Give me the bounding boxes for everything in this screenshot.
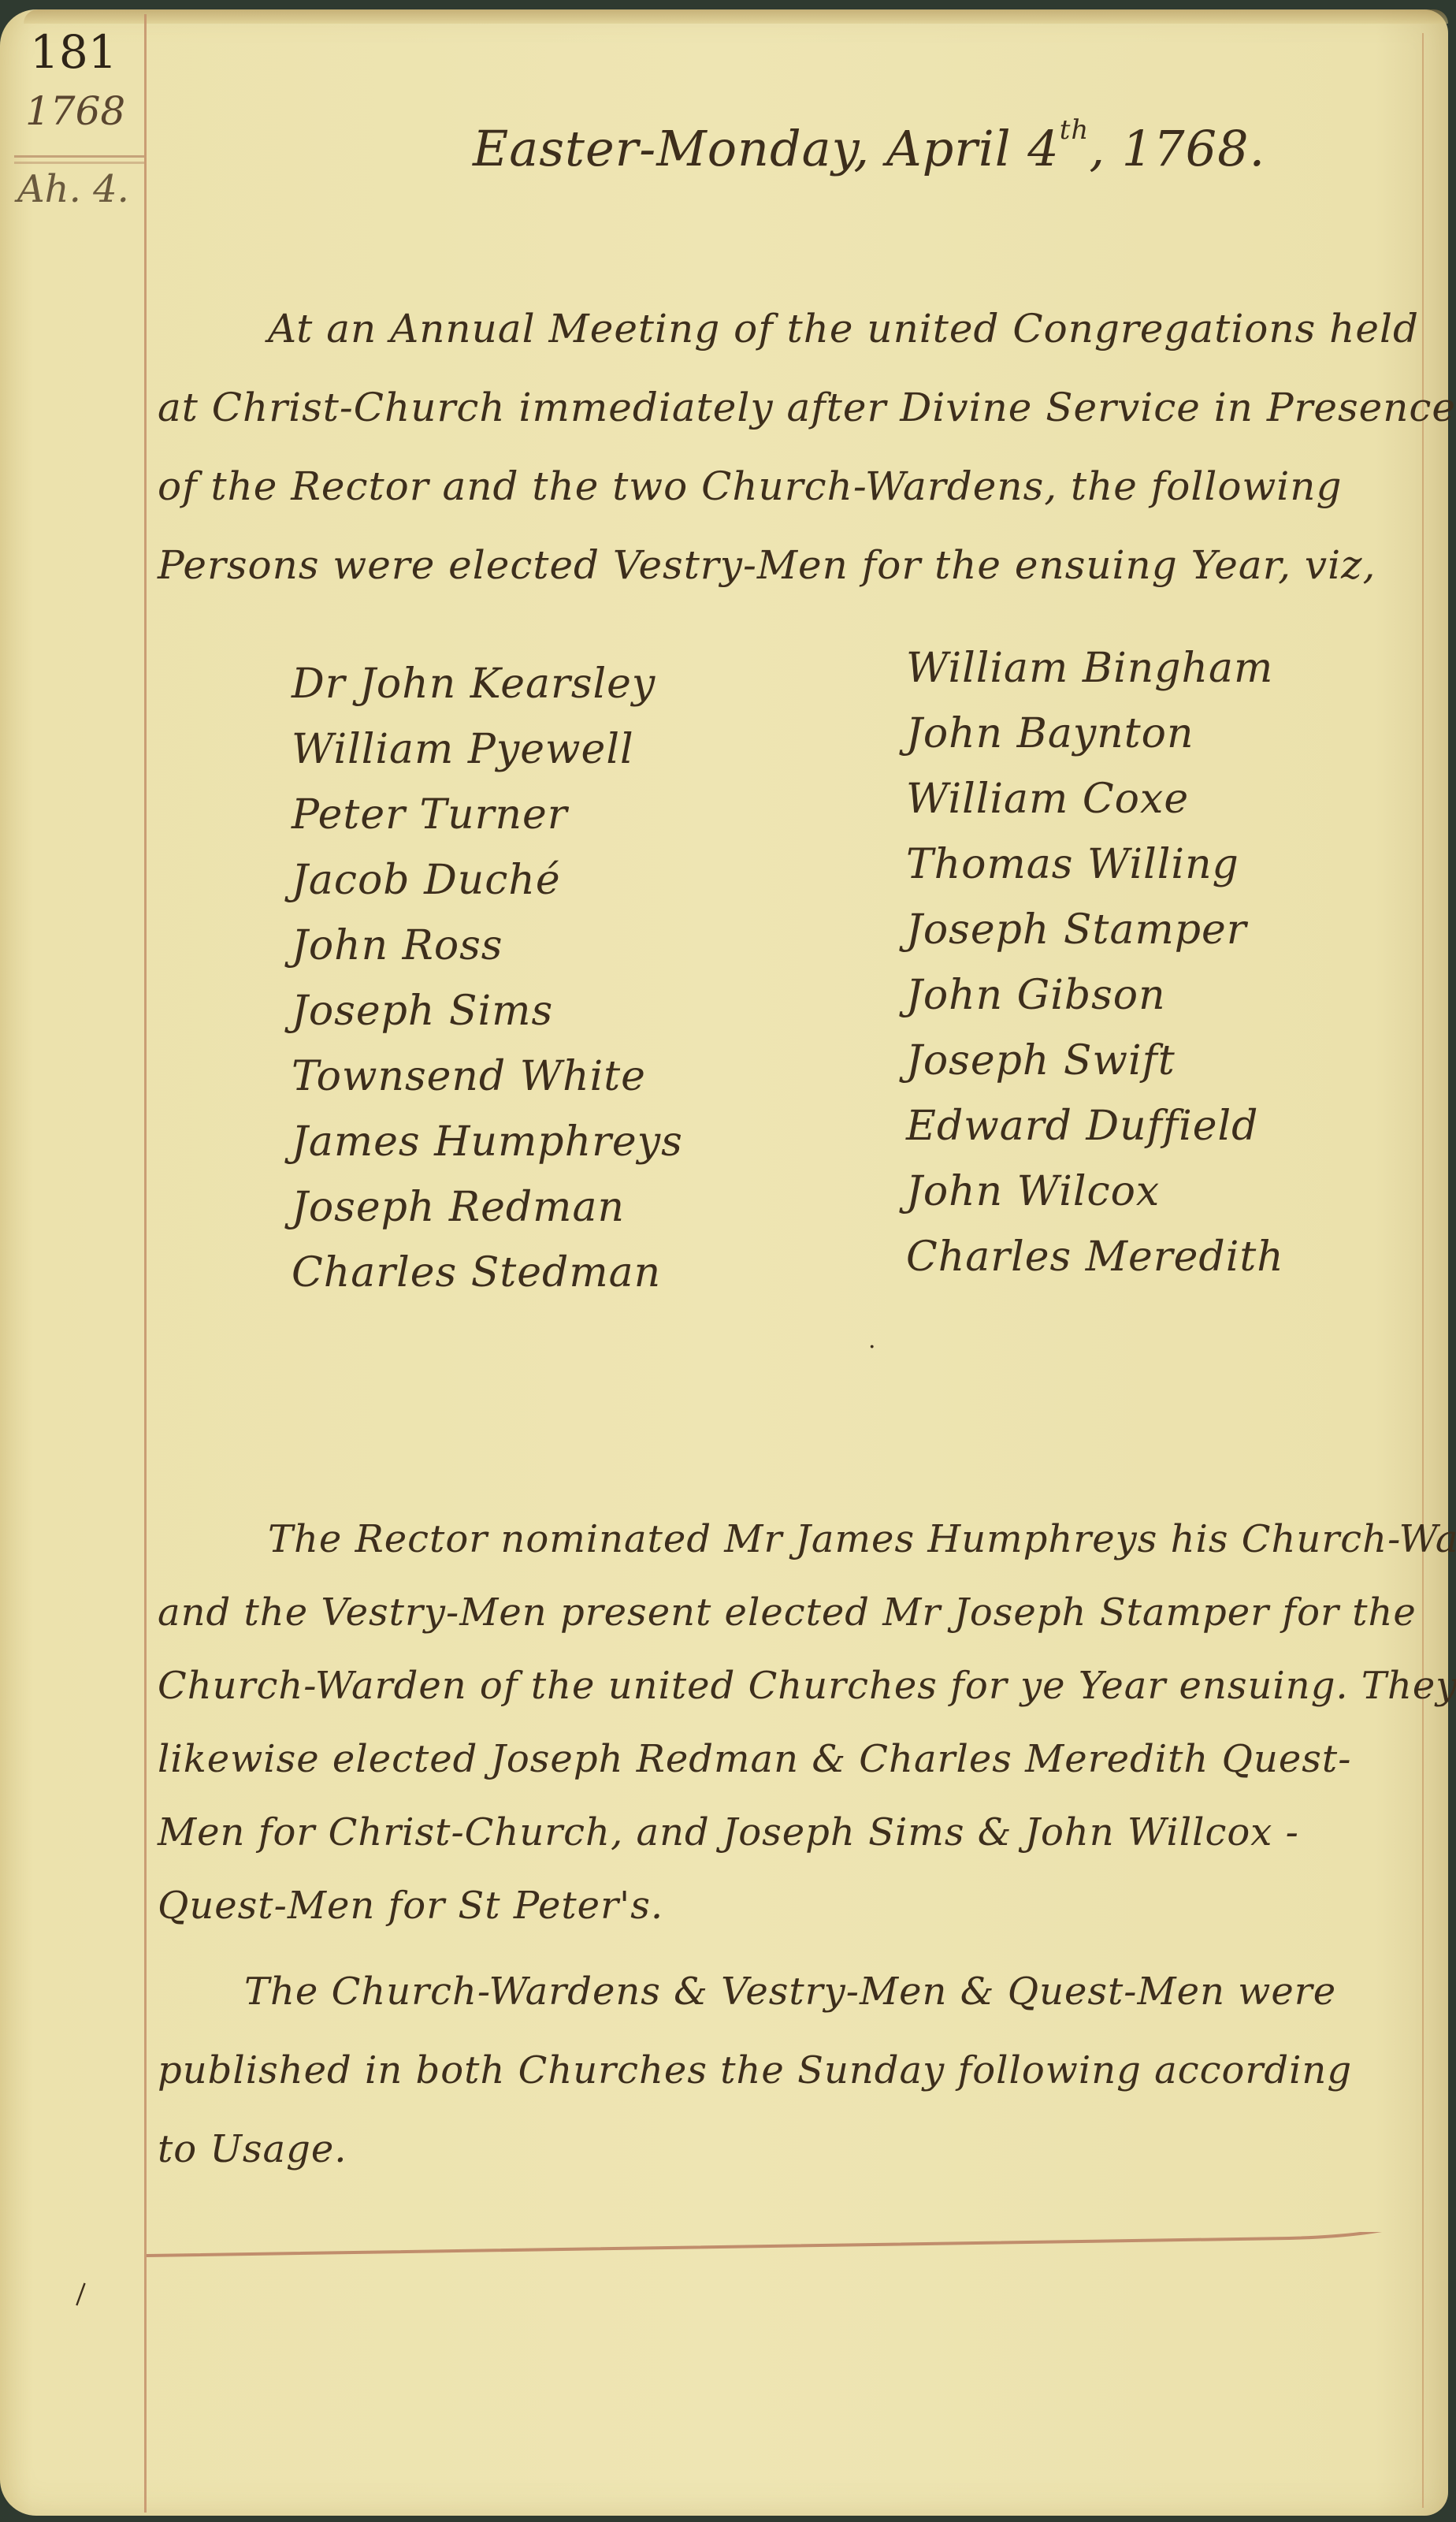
- vestry-man-name: John Wilcox: [906, 1159, 1284, 1225]
- vestry-man-name: William Coxe: [906, 767, 1284, 832]
- wardens-line: Church-Warden of the united Churches for…: [158, 1650, 1418, 1723]
- vestry-man-name: Joseph Sims: [292, 979, 683, 1044]
- wardens-line: The Rector nominated Mr James Humphreys …: [158, 1503, 1418, 1576]
- publication-line: The Church-Wardens & Vestry-Men & Quest-…: [158, 1952, 1418, 2031]
- intro-line: At an Annual Meeting of the united Congr…: [158, 289, 1418, 368]
- vestry-man-name: Peter Turner: [292, 783, 683, 848]
- vestry-man-name: Dr John Kearsley: [292, 652, 683, 717]
- vestry-man-name: John Baynton: [906, 701, 1284, 767]
- ink-dot: ·: [868, 1334, 876, 1361]
- vestry-man-name: Charles Stedman: [292, 1241, 683, 1306]
- margin-tick-mark: |: [72, 2278, 89, 2307]
- heading-text: Easter-Monday, April 4: [473, 120, 1060, 177]
- margin-year: 1768: [25, 88, 125, 134]
- manuscript-page: 181 1768 Ah. 4. Easter-Monday, April 4th…: [0, 9, 1448, 2516]
- vestry-man-name: John Gibson: [906, 963, 1284, 1029]
- intro-line: at Christ-Church immediately after Divin…: [158, 368, 1418, 447]
- intro-line: Persons were elected Vestry-Men for the …: [158, 526, 1418, 604]
- vestry-men-right-column: William Bingham John Baynton William Cox…: [906, 636, 1284, 1290]
- publication-paragraph: The Church-Wardens & Vestry-Men & Quest-…: [158, 1952, 1418, 2189]
- heading-year: , 1768.: [1089, 120, 1265, 177]
- vestry-man-name: Jacob Duché: [292, 848, 683, 913]
- left-margin-rule: [144, 14, 147, 2513]
- page-top-edge: [24, 9, 1448, 24]
- intro-line: of the Rector and the two Church-Wardens…: [158, 447, 1418, 526]
- wardens-line: Men for Christ-Church, and Joseph Sims &…: [158, 1796, 1418, 1869]
- vestry-man-name: Joseph Swift: [906, 1029, 1284, 1094]
- wardens-line: Quest-Men for St Peter's.: [158, 1869, 1418, 1943]
- vestry-man-name: Joseph Redman: [292, 1175, 683, 1241]
- vestry-man-name: James Humphreys: [292, 1110, 683, 1175]
- vestry-man-name: John Ross: [292, 913, 683, 979]
- vestry-man-name: Townsend White: [292, 1044, 683, 1110]
- heading-superscript: th: [1060, 114, 1090, 146]
- vestry-man-name: William Pyewell: [292, 717, 683, 783]
- vestry-man-name: Joseph Stamper: [906, 898, 1284, 963]
- wardens-paragraph: The Rector nominated Mr James Humphreys …: [158, 1503, 1418, 1943]
- wardens-line: likewise elected Joseph Redman & Charles…: [158, 1723, 1418, 1796]
- closing-rule: [147, 2232, 1423, 2263]
- vestry-men-left-column: Dr John Kearsley William Pyewell Peter T…: [292, 652, 683, 1306]
- margin-date: Ah. 4.: [17, 167, 129, 211]
- publication-line: published in both Churches the Sunday fo…: [158, 2031, 1418, 2110]
- vestry-man-name: Thomas Willing: [906, 832, 1284, 898]
- page-number: 181: [30, 25, 117, 79]
- vestry-man-name: Edward Duffield: [906, 1094, 1284, 1159]
- margin-divider-rule: [14, 155, 144, 158]
- vestry-man-name: Charles Meredith: [906, 1225, 1284, 1290]
- publication-line: to Usage.: [158, 2110, 1418, 2189]
- intro-paragraph: At an Annual Meeting of the united Congr…: [158, 289, 1418, 604]
- margin-divider-rule-2: [14, 162, 144, 164]
- entry-heading: Easter-Monday, April 4th, 1768.: [473, 120, 1265, 177]
- vestry-man-name: William Bingham: [906, 636, 1284, 701]
- wardens-line: and the Vestry-Men present elected Mr Jo…: [158, 1576, 1418, 1650]
